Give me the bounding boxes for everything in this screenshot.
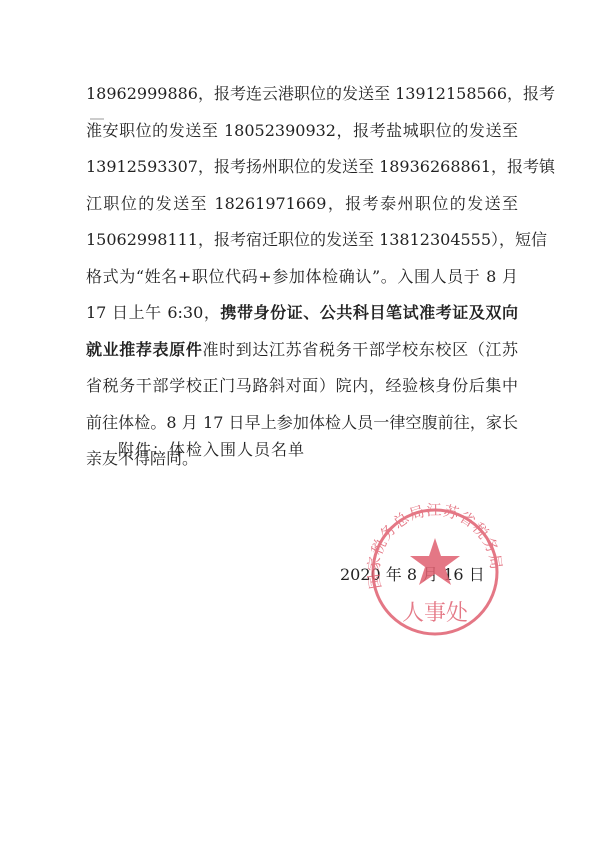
required-documents-bold: 携带身份证、公共科目笔试准考证及双向 (220, 303, 518, 322)
body-line-8: 就业推荐表原件准时到达江苏省税务干部学校东校区（江苏 (86, 332, 518, 369)
time-text: 17 日上午 6:30， (86, 303, 220, 322)
svg-text:人事处: 人事处 (402, 601, 468, 626)
body-line-3: 13912593307，报考扬州职位的发送至 18936268861，报考镇 (86, 149, 518, 186)
body-line-1: 18962999886，报考连云港职位的发送至 13912158566，报考 (86, 76, 518, 113)
body-line-4: 江职位的发送至 18261971669，报考泰州职位的发送至 (86, 186, 518, 223)
body-line-5: 15062998111，报考宿迁职位的发送至 13812304555），短信 (86, 222, 518, 259)
recommendation-form-bold: 就业推荐表原件 (86, 340, 202, 359)
official-seal-icon: 国家税务总局江苏省税务局 人事处 (355, 500, 515, 640)
notice-body: 18962999886，报考连云港职位的发送至 13912158566，报考 淮… (86, 76, 518, 478)
body-line-6: 格式为“姓名+职位代码+参加体检确认”。入围人员于 8 月 (86, 259, 518, 296)
body-line-9: 省税务干部学校正门马路斜对面）院内，经验核身份后集中 (86, 368, 518, 405)
location-text: 准时到达江苏省税务干部学校东校区（江苏 (202, 340, 518, 359)
body-line-2: 淮安职位的发送至 18052390932，报考盐城职位的发送至 (86, 113, 518, 150)
attachment-label: 附件：体检入围人员名单 (118, 432, 305, 468)
document-page: 18962999886，报考连云港职位的发送至 13912158566，报考 淮… (0, 0, 600, 847)
body-line-7: 17 日上午 6:30，携带身份证、公共科目笔试准考证及双向 (86, 295, 518, 332)
